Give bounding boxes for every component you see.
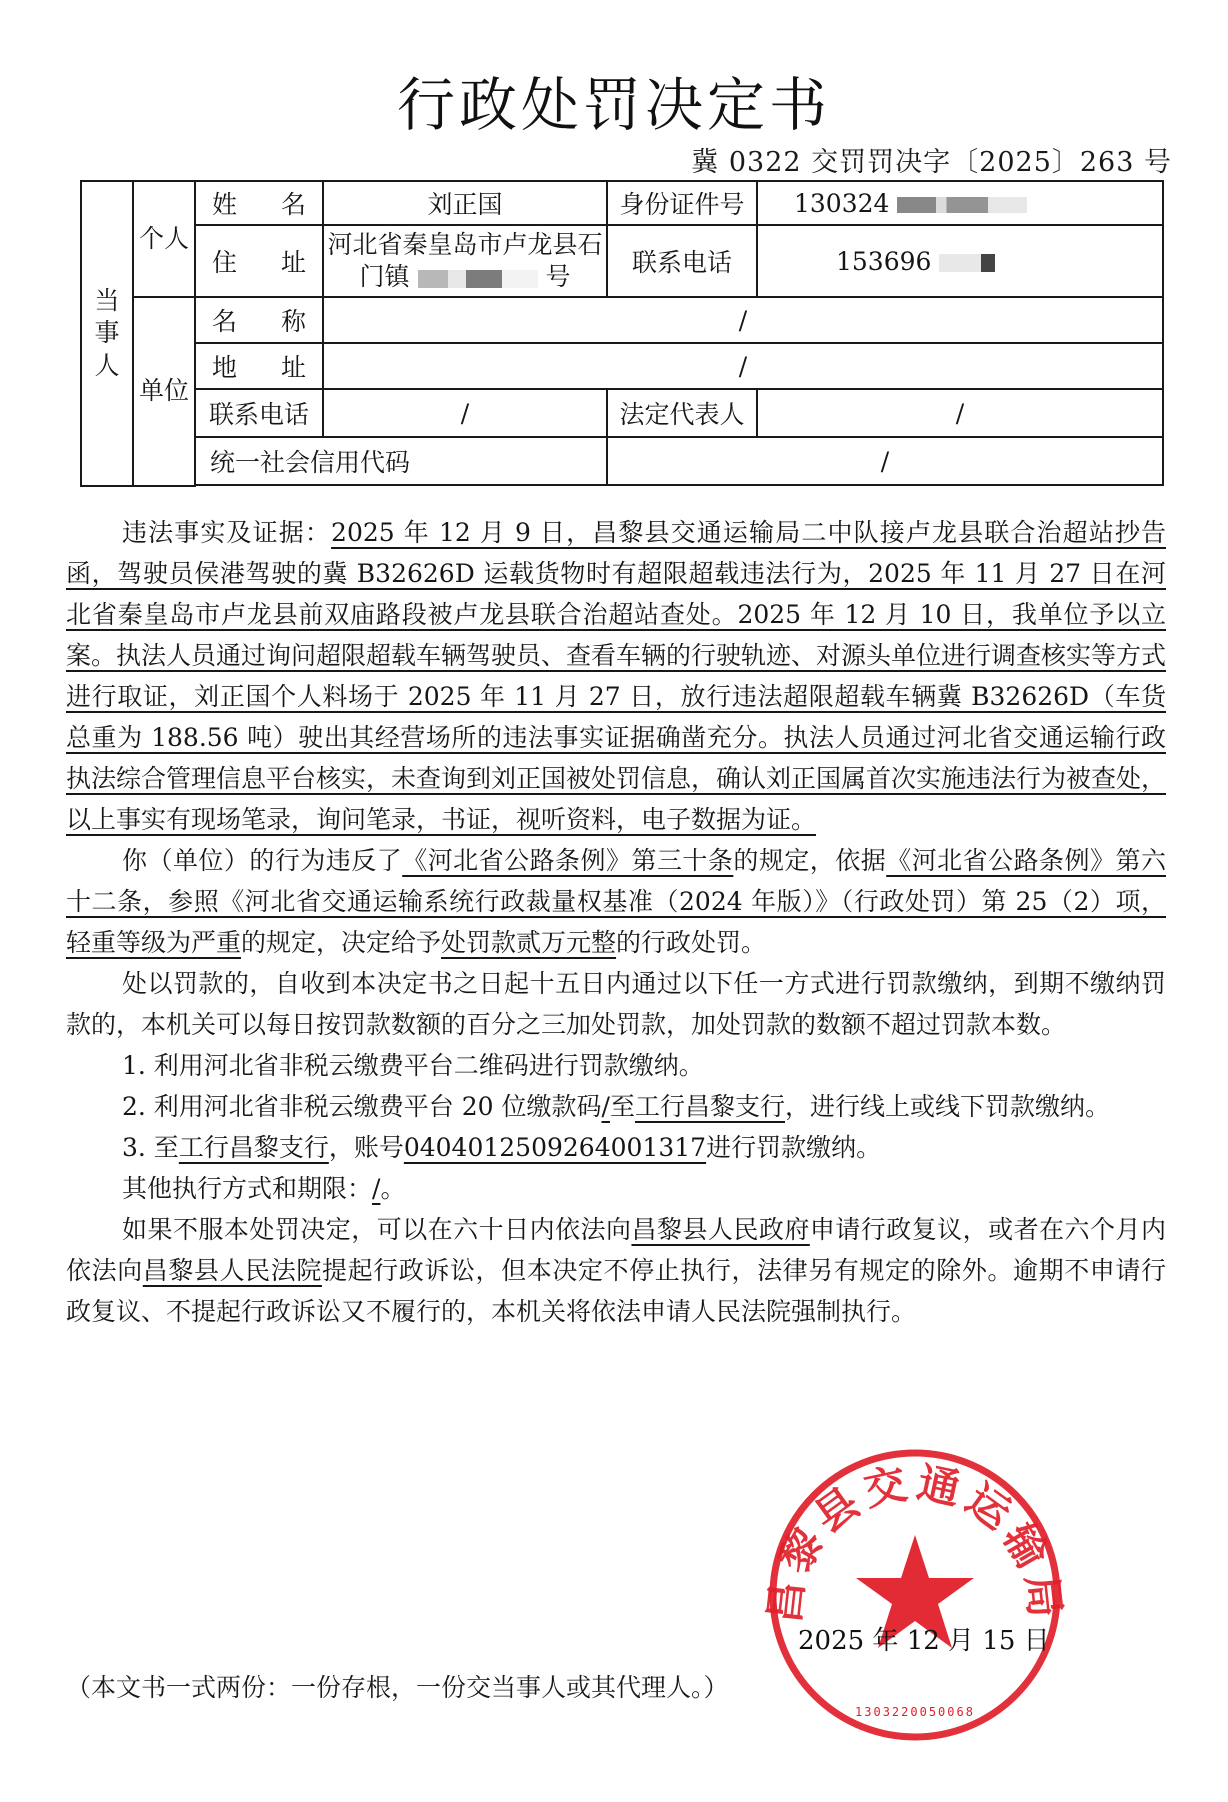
- unit-label: 单位: [133, 297, 195, 486]
- unit-name-value: /: [323, 297, 1163, 343]
- facts-paragraph: 违法事实及证据：2025 年 12 月 9 日，昌黎县交通运输局二中队接卢龙县联…: [66, 512, 1166, 840]
- name-value: 刘正国: [323, 181, 607, 225]
- unit-phone-value: /: [323, 389, 607, 437]
- unit-name-label: 名称: [195, 297, 323, 343]
- payment-item-2: 2. 利用河北省非税云缴费平台 20 位缴款码/至工行昌黎支行，进行线上或线下罚…: [66, 1086, 1166, 1127]
- address-value: 河北省秦皇岛市卢龙县石 门镇号: [323, 225, 607, 297]
- law-violated: 《河北省公路条例》第三十条: [402, 846, 733, 875]
- svg-text:1303220050068: 1303220050068: [855, 1705, 975, 1719]
- account-number: 0404012509264001317: [404, 1133, 706, 1162]
- party-group-label: 当事人: [81, 181, 133, 486]
- footer-note: （本文书一式两份：一份存根，一份交当事人或其代理人。）: [66, 1668, 729, 1704]
- phone-value: 153696: [757, 225, 1163, 297]
- issue-date: 2025 年 12 月 15 日: [798, 1620, 1050, 1657]
- payment-bank: 工行昌黎支行: [635, 1092, 785, 1121]
- id-label: 身份证件号: [607, 181, 757, 225]
- redacted-block: [897, 197, 1027, 213]
- document-number: 冀 0322 交罚罚决字〔2025〕263 号: [691, 140, 1172, 179]
- id-value: 130324: [757, 181, 1163, 225]
- document-title: 行政处罚决定书: [0, 58, 1228, 142]
- facts-text: 2025 年 12 月 9 日，昌黎县交通运输局二中队接卢龙县联合治超站抄告函，…: [66, 518, 1166, 834]
- document-body: 违法事实及证据：2025 年 12 月 9 日，昌黎县交通运输局二中队接卢龙县联…: [66, 512, 1166, 1332]
- payment-item-3: 3. 至工行昌黎支行，账号0404012509264001317进行罚款缴纳。: [66, 1127, 1166, 1168]
- court: 昌黎县人民法院: [143, 1256, 322, 1285]
- payment-item-1: 1. 利用河北省非税云缴费平台二维码进行罚款缴纳。: [66, 1045, 1166, 1086]
- other-enforcement: 其他执行方式和期限：/。: [66, 1168, 1166, 1209]
- payment-intro: 处以罚款的，自收到本决定书之日起十五日内通过以下任一方式进行罚款缴纳，到期不缴纳…: [66, 963, 1166, 1045]
- unit-address-label: 地址: [195, 343, 323, 389]
- party-info-table: 当事人 个人 姓名 刘正国 身份证件号 130324 住址 河北省秦皇岛市卢龙县…: [80, 180, 1164, 487]
- individual-label: 个人: [133, 181, 195, 297]
- legal-rep-label: 法定代表人: [607, 389, 757, 437]
- facts-label: 违法事实及证据：: [122, 518, 331, 547]
- address-label: 住址: [195, 225, 323, 297]
- penalty: 处罚款贰万元整: [441, 928, 616, 957]
- unit-phone-label: 联系电话: [195, 389, 323, 437]
- payment-code: /: [602, 1092, 610, 1121]
- payment-bank-3: 工行昌黎支行: [179, 1133, 329, 1162]
- redacted-block: [939, 254, 995, 272]
- review-body: 昌黎县人民政府: [631, 1215, 809, 1244]
- credit-code-value: /: [607, 437, 1163, 485]
- legal-rep-value: /: [757, 389, 1163, 437]
- name-label: 姓名: [195, 181, 323, 225]
- official-seal-icon: 昌黎县交通运输局 1303220050068: [760, 1440, 1070, 1750]
- appeal-paragraph: 如果不服本处罚决定，可以在六十日内依法向昌黎县人民政府申请行政复议，或者在六个月…: [66, 1209, 1166, 1332]
- redacted-block: [418, 270, 538, 288]
- phone-label: 联系电话: [607, 225, 757, 297]
- violation-paragraph: 你（单位）的行为违反了《河北省公路条例》第三十条的规定，依据《河北省公路条例》第…: [66, 840, 1166, 963]
- credit-code-label: 统一社会信用代码: [195, 437, 607, 485]
- unit-address-value: /: [323, 343, 1163, 389]
